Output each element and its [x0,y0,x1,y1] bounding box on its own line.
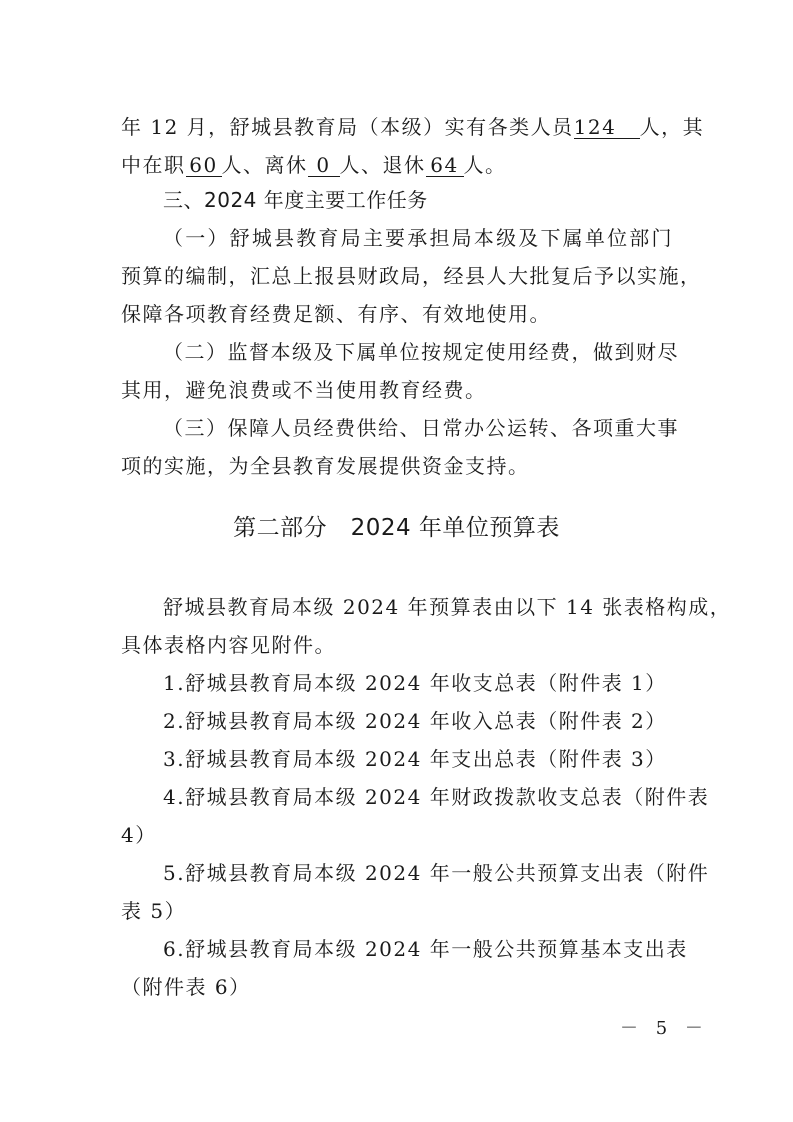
staff-text: 中在职 [121,153,186,177]
document-page: 年 12 月，舒城县教育局（本级）实有各类人员124人，其 中在职60人、离休0… [0,0,793,1122]
table-list-item-4-cont: 4） [121,822,673,848]
in-service-value: 60 [186,154,222,177]
table-list-item-5-cont: 表 5） [121,898,673,924]
table-list-item-6-cont: （附件表 6） [121,974,673,1000]
page-number: － 5 － [620,1017,709,1041]
retired-value: 64 [426,154,464,177]
intro-line-1: 舒城县教育局本级 2024 年预算表由以下 14 张表格构成， [163,594,673,620]
task-1-line-2: 预算的编制，汇总上报县财政局，经县人大批复后予以实施， [121,263,673,289]
staff-text: 人，其 [640,115,705,139]
table-list-item-1: 1.舒城县教育局本级 2024 年收支总表（附件表 1） [163,670,673,696]
total-staff-value: 124 [574,116,640,139]
staff-text: 人、退休 [340,153,426,177]
intro-line-2: 具体表格内容见附件。 [121,632,673,658]
staff-text: 人。 [464,153,507,177]
table-list-item-5: 5.舒城县教育局本级 2024 年一般公共预算支出表（附件 [163,860,673,886]
task-2-line-1: （二）监督本级及下属单位按规定使用经费，做到财尽 [163,339,673,365]
staff-count-line-1: 年 12 月，舒城县教育局（本级）实有各类人员124人，其 [121,114,673,140]
task-3-line-1: （三）保障人员经费供给、日常办公运转、各项重大事 [163,415,673,441]
task-2-line-2: 其用，避免浪费或不当使用教育经费。 [121,377,673,403]
section-heading: 三、2024 年度主要工作任务 [163,187,673,213]
staff-count-line-2: 中在职60人、离休0人、退休64人。 [121,152,673,178]
staff-text: 年 12 月，舒城县教育局（本级）实有各类人员 [121,115,574,139]
table-list-item-2: 2.舒城县教育局本级 2024 年收入总表（附件表 2） [163,708,673,734]
retired-official-value: 0 [308,154,340,177]
staff-text: 人、离休 [222,153,308,177]
part-title: 第二部分 2024 年单位预算表 [0,513,793,543]
task-1-line-1: （一）舒城县教育局主要承担局本级及下属单位部门 [163,225,673,251]
table-list-item-4: 4.舒城县教育局本级 2024 年财政拨款收支总表（附件表 [163,784,673,810]
task-3-line-2: 项的实施，为全县教育发展提供资金支持。 [121,453,673,479]
task-1-line-3: 保障各项教育经费足额、有序、有效地使用。 [121,301,673,327]
table-list-item-3: 3.舒城县教育局本级 2024 年支出总表（附件表 3） [163,746,673,772]
table-list-item-6: 6.舒城县教育局本级 2024 年一般公共预算基本支出表 [163,936,673,962]
